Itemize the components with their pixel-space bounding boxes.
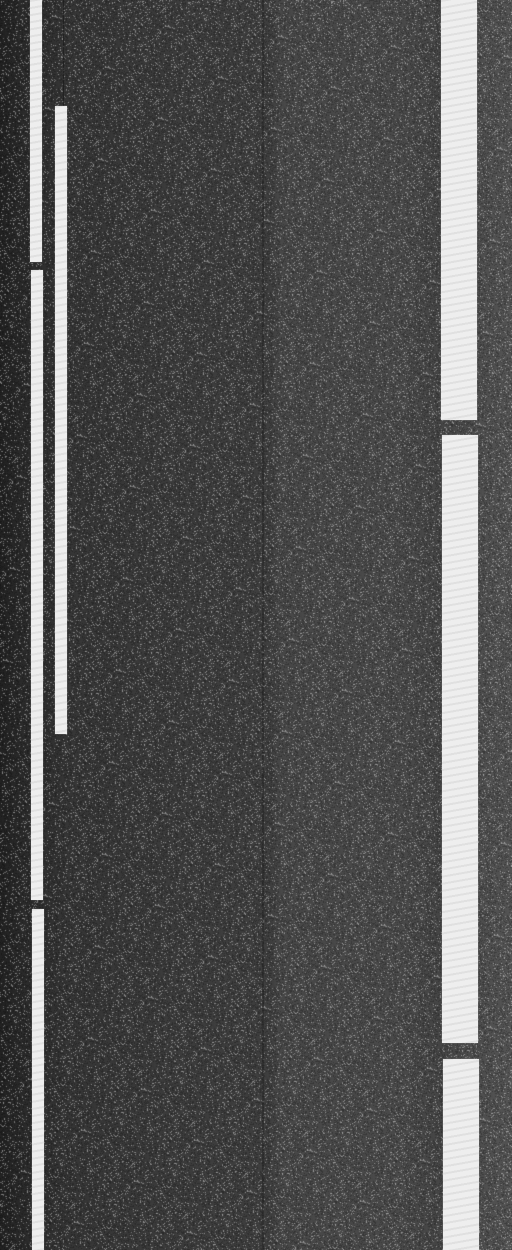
right-lane-line-segment-2: [442, 435, 478, 1043]
left-inner-line: [55, 106, 67, 734]
left-edge-line-segment-2: [31, 270, 43, 900]
road-surface: [0, 0, 512, 1250]
left-edge-line-segment-3: [32, 909, 44, 1250]
right-lane-line-segment-3: [443, 1059, 479, 1250]
center-crack: [262, 0, 264, 1250]
asphalt-texture: [0, 0, 512, 1250]
left-edge-line-segment-1: [30, 0, 42, 262]
left-crack: [63, 0, 64, 110]
right-lane-line-segment-1: [441, 0, 477, 420]
